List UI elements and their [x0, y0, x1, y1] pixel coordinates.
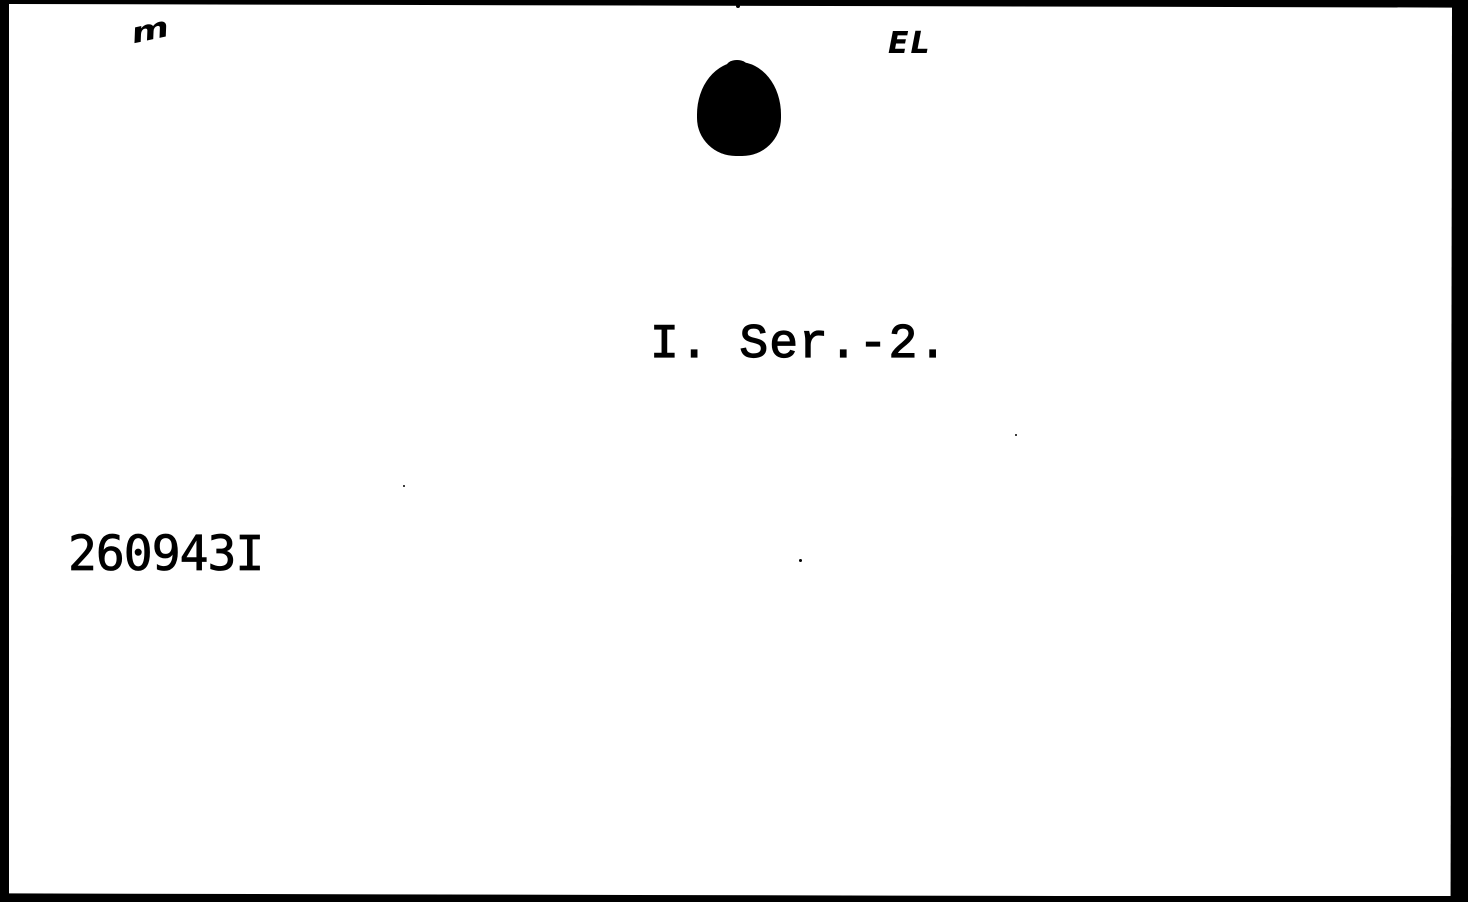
scan-border-bottom	[0, 896, 1468, 902]
scan-speck	[799, 559, 802, 562]
series-heading: I. Ser.-2.	[650, 318, 948, 372]
punch-hole	[697, 62, 781, 156]
card-number: 260943I	[68, 526, 263, 582]
scan-speck	[736, 4, 740, 8]
scan-border-right	[1452, 0, 1468, 902]
handwritten-initials-top-right: EL	[888, 26, 932, 61]
scan-speck	[1015, 434, 1017, 436]
scan-speck	[403, 485, 405, 487]
